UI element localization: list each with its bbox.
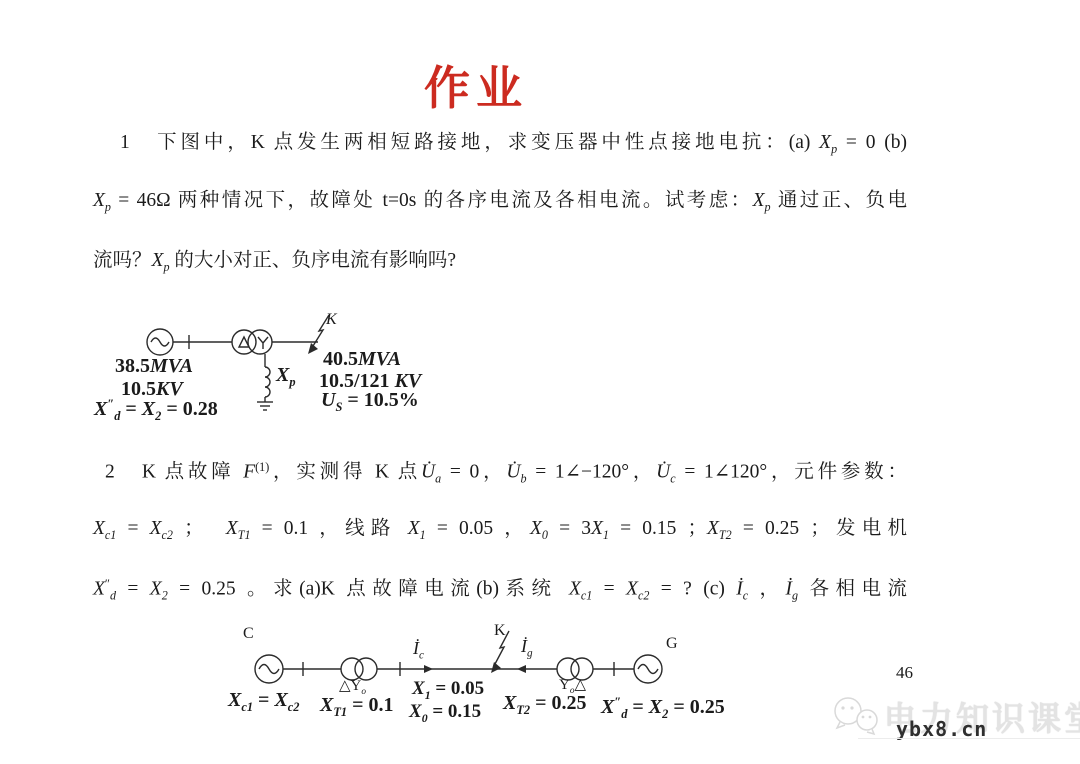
d2-source-g-label: G (666, 635, 678, 653)
sine-icon (151, 338, 169, 346)
d2-transformer1-reactance-label: XT1 = 0.1 (320, 694, 394, 720)
fault-arrowhead (491, 662, 501, 673)
transformer-wye-winding (248, 330, 272, 354)
problem1-line3: 流吗？Xp 的大小对正、负序电流有影响吗? (93, 244, 907, 284)
d2-current-ig-label: İg (521, 636, 533, 660)
watermark-divider (858, 738, 1080, 739)
sine-icon (638, 665, 658, 674)
d1-transformer-mva-label: 40.5MVA (323, 348, 401, 371)
d1-fault-point-label: K (326, 311, 337, 329)
page-title: 作业 (424, 52, 528, 118)
d2-system-reactance-label: Xc1 = Xc2 (228, 689, 300, 715)
d2-line-x1-label: X1 = 0.05 (412, 678, 484, 703)
page-number: 46 (896, 663, 913, 683)
sine-icon (259, 665, 279, 674)
problem1-line1: 1 下图中，K 点发生两相短路接地，求变压器中性点接地电抗：(a) Xp = 0… (93, 126, 907, 166)
d2-line-x0-label: X0 = 0.15 (409, 701, 481, 726)
d2-transformer2-reactance-label: XT2 = 0.25 (503, 692, 587, 718)
chat-bubbles-logo-icon (830, 696, 886, 738)
fault-arrowhead (308, 343, 318, 354)
d2-generator-reactance-label: X″d = X2 = 0.25 (601, 695, 725, 722)
problem2-line3: X″d = X2 = 0.25 。求(a)K 点故障电流(b)系统 Xc1 = … (93, 567, 907, 613)
problem1-line2: Xp = 46Ω 两种情况下，故障处 t=0s 的各序电流及各相电流。试考虑：X… (93, 184, 907, 224)
d1-generator-reactance-label: X″d = X2 = 0.28 (94, 397, 218, 424)
d2-source-c-label: C (243, 625, 254, 643)
slide: { "title": {"text": "作业"}, "colors": {"t… (0, 0, 1080, 764)
d1-generator-mva-label: 38.5MVA (115, 355, 193, 378)
neutral-reactor-coil (265, 367, 270, 397)
current-ic-arrowhead (424, 665, 433, 673)
d2-current-ic-label: İc (413, 638, 424, 662)
d1-neutral-reactance-label: Xp (276, 364, 296, 390)
d2-fault-point-label: K (494, 622, 506, 640)
wye-icon (258, 337, 268, 349)
problem2-line2: Xc1 = Xc2 ； XT1 = 0.1 ，线路 X1 = 0.05 ，X0 … (93, 512, 907, 552)
current-ig-arrowhead (517, 665, 526, 673)
d1-transformer-us-label: US = 10.5% (321, 389, 419, 415)
problem2-line1: 2 K 点故障 F(1)，实测得 K 点U̇a = 0，U̇b = 1∠−120… (93, 450, 907, 496)
